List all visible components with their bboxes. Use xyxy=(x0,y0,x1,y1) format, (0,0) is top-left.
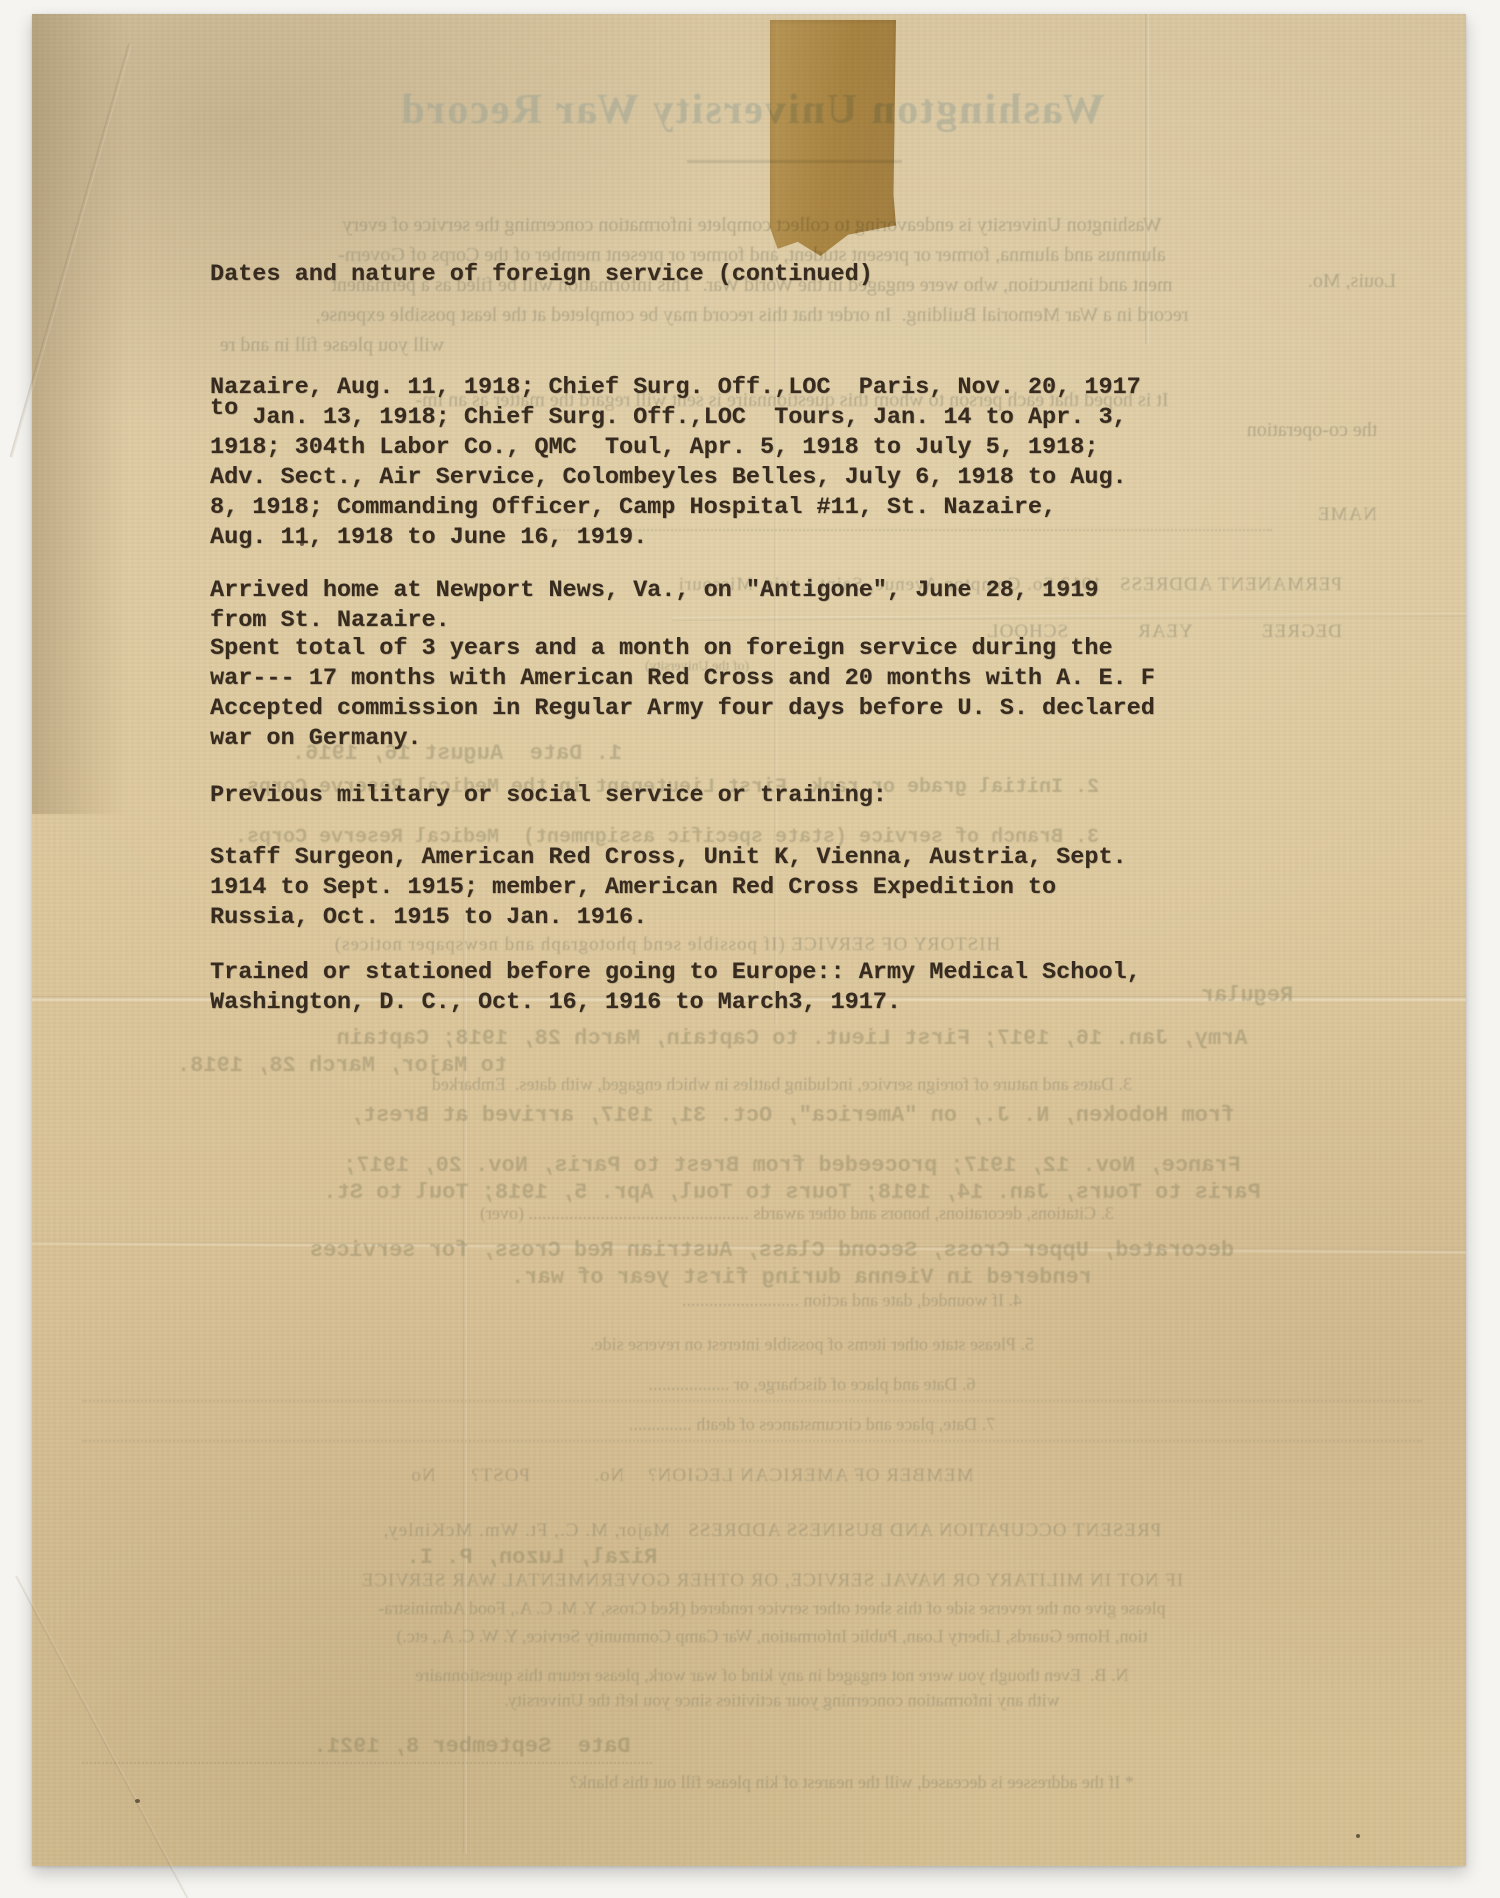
ink-speck xyxy=(1356,1834,1360,1838)
ghost-regular-fragment: Regular xyxy=(1142,983,1352,1008)
ghost-hoboken-line: from Hoboken, N. J., on "America", Oct. … xyxy=(152,1103,1432,1128)
adhesive-tape-strip xyxy=(770,20,896,256)
typed-line: Trained or stationed before going to Eur… xyxy=(210,958,1141,988)
typed-line: war on Germany. xyxy=(210,724,422,754)
typed-line: Staff Surgeon, American Red Cross, Unit … xyxy=(210,843,1127,873)
ink-speck xyxy=(135,1799,140,1803)
typed-line: Adv. Sect., Air Service, Colombeyles Bel… xyxy=(210,463,1127,493)
ghost-rule xyxy=(82,1440,1422,1442)
ghost-decorated-line: decorated, Upper Cross, Second Class, Au… xyxy=(122,1238,1422,1263)
ghost-army-line: Army, Jan. 16, 1917; First Lieut. to Cap… xyxy=(152,1026,1432,1051)
typed-heading-previous-service: Previous military or social service or t… xyxy=(210,781,887,811)
ghost-france-line: France, Nov. 12, 1917; proceeded from Br… xyxy=(152,1153,1432,1178)
scanned-document-page: { "colors": { "background": "#f5f4f0", "… xyxy=(0,0,1500,1898)
typed-line: to Jan. 13, 1918; Chief Surg. Off.,LOC T… xyxy=(210,403,1127,433)
left-edge-stain xyxy=(32,14,128,814)
typed-line: Aug. 11, 1918 to June 16, 1919. xyxy=(210,523,647,553)
typed-line: 8, 1918; Commanding Officer, Camp Hospit… xyxy=(210,493,1056,523)
ghost-nb-line: with any information concerning your act… xyxy=(322,1690,1242,1711)
ghost-discharge-line: 6. Date and place of discharge, or .....… xyxy=(452,1374,1172,1395)
ghost-rule xyxy=(82,1400,1422,1402)
ghost-rule xyxy=(82,1762,652,1764)
ghost-date-bottom: Date September 8, 1921. xyxy=(262,1734,682,1759)
ghost-ifnot-line: please give on the reverse side of this … xyxy=(82,1598,1462,1619)
ghost-intro-line: record in a War Memorial Building. In or… xyxy=(87,304,1417,327)
typed-line: from St. Nazaire. xyxy=(210,606,450,636)
ghost-legion-line: MEMBER OF AMERICAN LEGION? No. POST? No xyxy=(302,1465,1082,1487)
ghost-intro-line: Washington University is endeavoring to … xyxy=(87,214,1417,237)
ghost-name-label: NAME xyxy=(1282,504,1412,526)
ghost-intro-fragment: Louis, Mo. xyxy=(1262,270,1442,293)
ghost-deceased-note: * If the addressee is deceased, will the… xyxy=(442,1772,1262,1793)
ghost-title: Washington University War Record xyxy=(332,86,1172,134)
ghost-dates-nature-line: 3. Dates and nature of foreign service, … xyxy=(122,1074,1442,1095)
ghost-items-line: 5. Please state other items of possible … xyxy=(452,1334,1172,1355)
crease-horizontal-upper xyxy=(672,613,1466,621)
typed-line: Washington, D. C., Oct. 16, 1916 to Marc… xyxy=(210,988,901,1018)
ghost-wounded-line: 4. If wounded, date and action .........… xyxy=(572,1290,1132,1311)
typed-heading-foreign-service: Dates and nature of foreign service (con… xyxy=(210,260,873,290)
aged-paper-sheet: Washington University War Record Washing… xyxy=(32,14,1466,1866)
ghost-occupation-line: PRESENT OCCUPATION AND BUSINESS ADDRESS … xyxy=(112,1520,1432,1542)
typed-line: Spent total of 3 years and a month on fo… xyxy=(210,634,1113,664)
typed-line-rest: Jan. 13, 1918; Chief Surg. Off.,LOC Tour… xyxy=(238,404,1126,431)
ghost-ifnot-line: tion, Home Guards, Liberty Loan, Public … xyxy=(82,1626,1462,1647)
ghost-death-line: 7. Date, place and circumstances of deat… xyxy=(452,1414,1172,1435)
ghost-name-rule xyxy=(552,529,1272,531)
wrinkle-bottom-left xyxy=(15,1575,191,1898)
typed-line: Nazaire, Aug. 11, 1918; Chief Surg. Off.… xyxy=(210,373,1141,403)
ghost-nb-line: N. B. Even though you were not engaged i… xyxy=(112,1665,1432,1686)
ghost-citations-line: 3. Citations, decorations, honors and ot… xyxy=(172,1203,1422,1224)
ghost-occupation-line: Rizal, Luzon, P. I. xyxy=(332,1545,732,1570)
superscript-to: to xyxy=(210,395,238,422)
typed-line: war--- 17 months with American Red Cross… xyxy=(210,664,1155,694)
typed-line: Arrived home at Newport News, Va., on "A… xyxy=(210,576,1098,606)
typed-line: 1918; 304th Labor Co., QMC Toul, Apr. 5,… xyxy=(210,433,1098,463)
typed-line: Accepted commission in Regular Army four… xyxy=(210,694,1155,724)
ghost-intro-fragment: will you please fill in and re xyxy=(92,334,572,357)
ghost-paris-tours-line: Paris to Tours, Jan. 14, 1918; Tours to … xyxy=(152,1180,1432,1205)
ghost-history-header: HISTORY OF SERVICE (If possible send pho… xyxy=(212,934,1122,956)
ghost-ifnot-line: IF NOT IN MILITARY OR NAVAL SERVICE, OR … xyxy=(112,1570,1432,1592)
typed-line: Russia, Oct. 1915 to Jan. 1916. xyxy=(210,903,647,933)
typed-line: 1914 to Sept. 1915; member, American Red… xyxy=(210,873,1056,903)
ghost-decorated-line: rendered in Vienna during first year of … xyxy=(572,1265,1092,1290)
ghost-intro-fragment: the co-operation xyxy=(1192,419,1432,442)
